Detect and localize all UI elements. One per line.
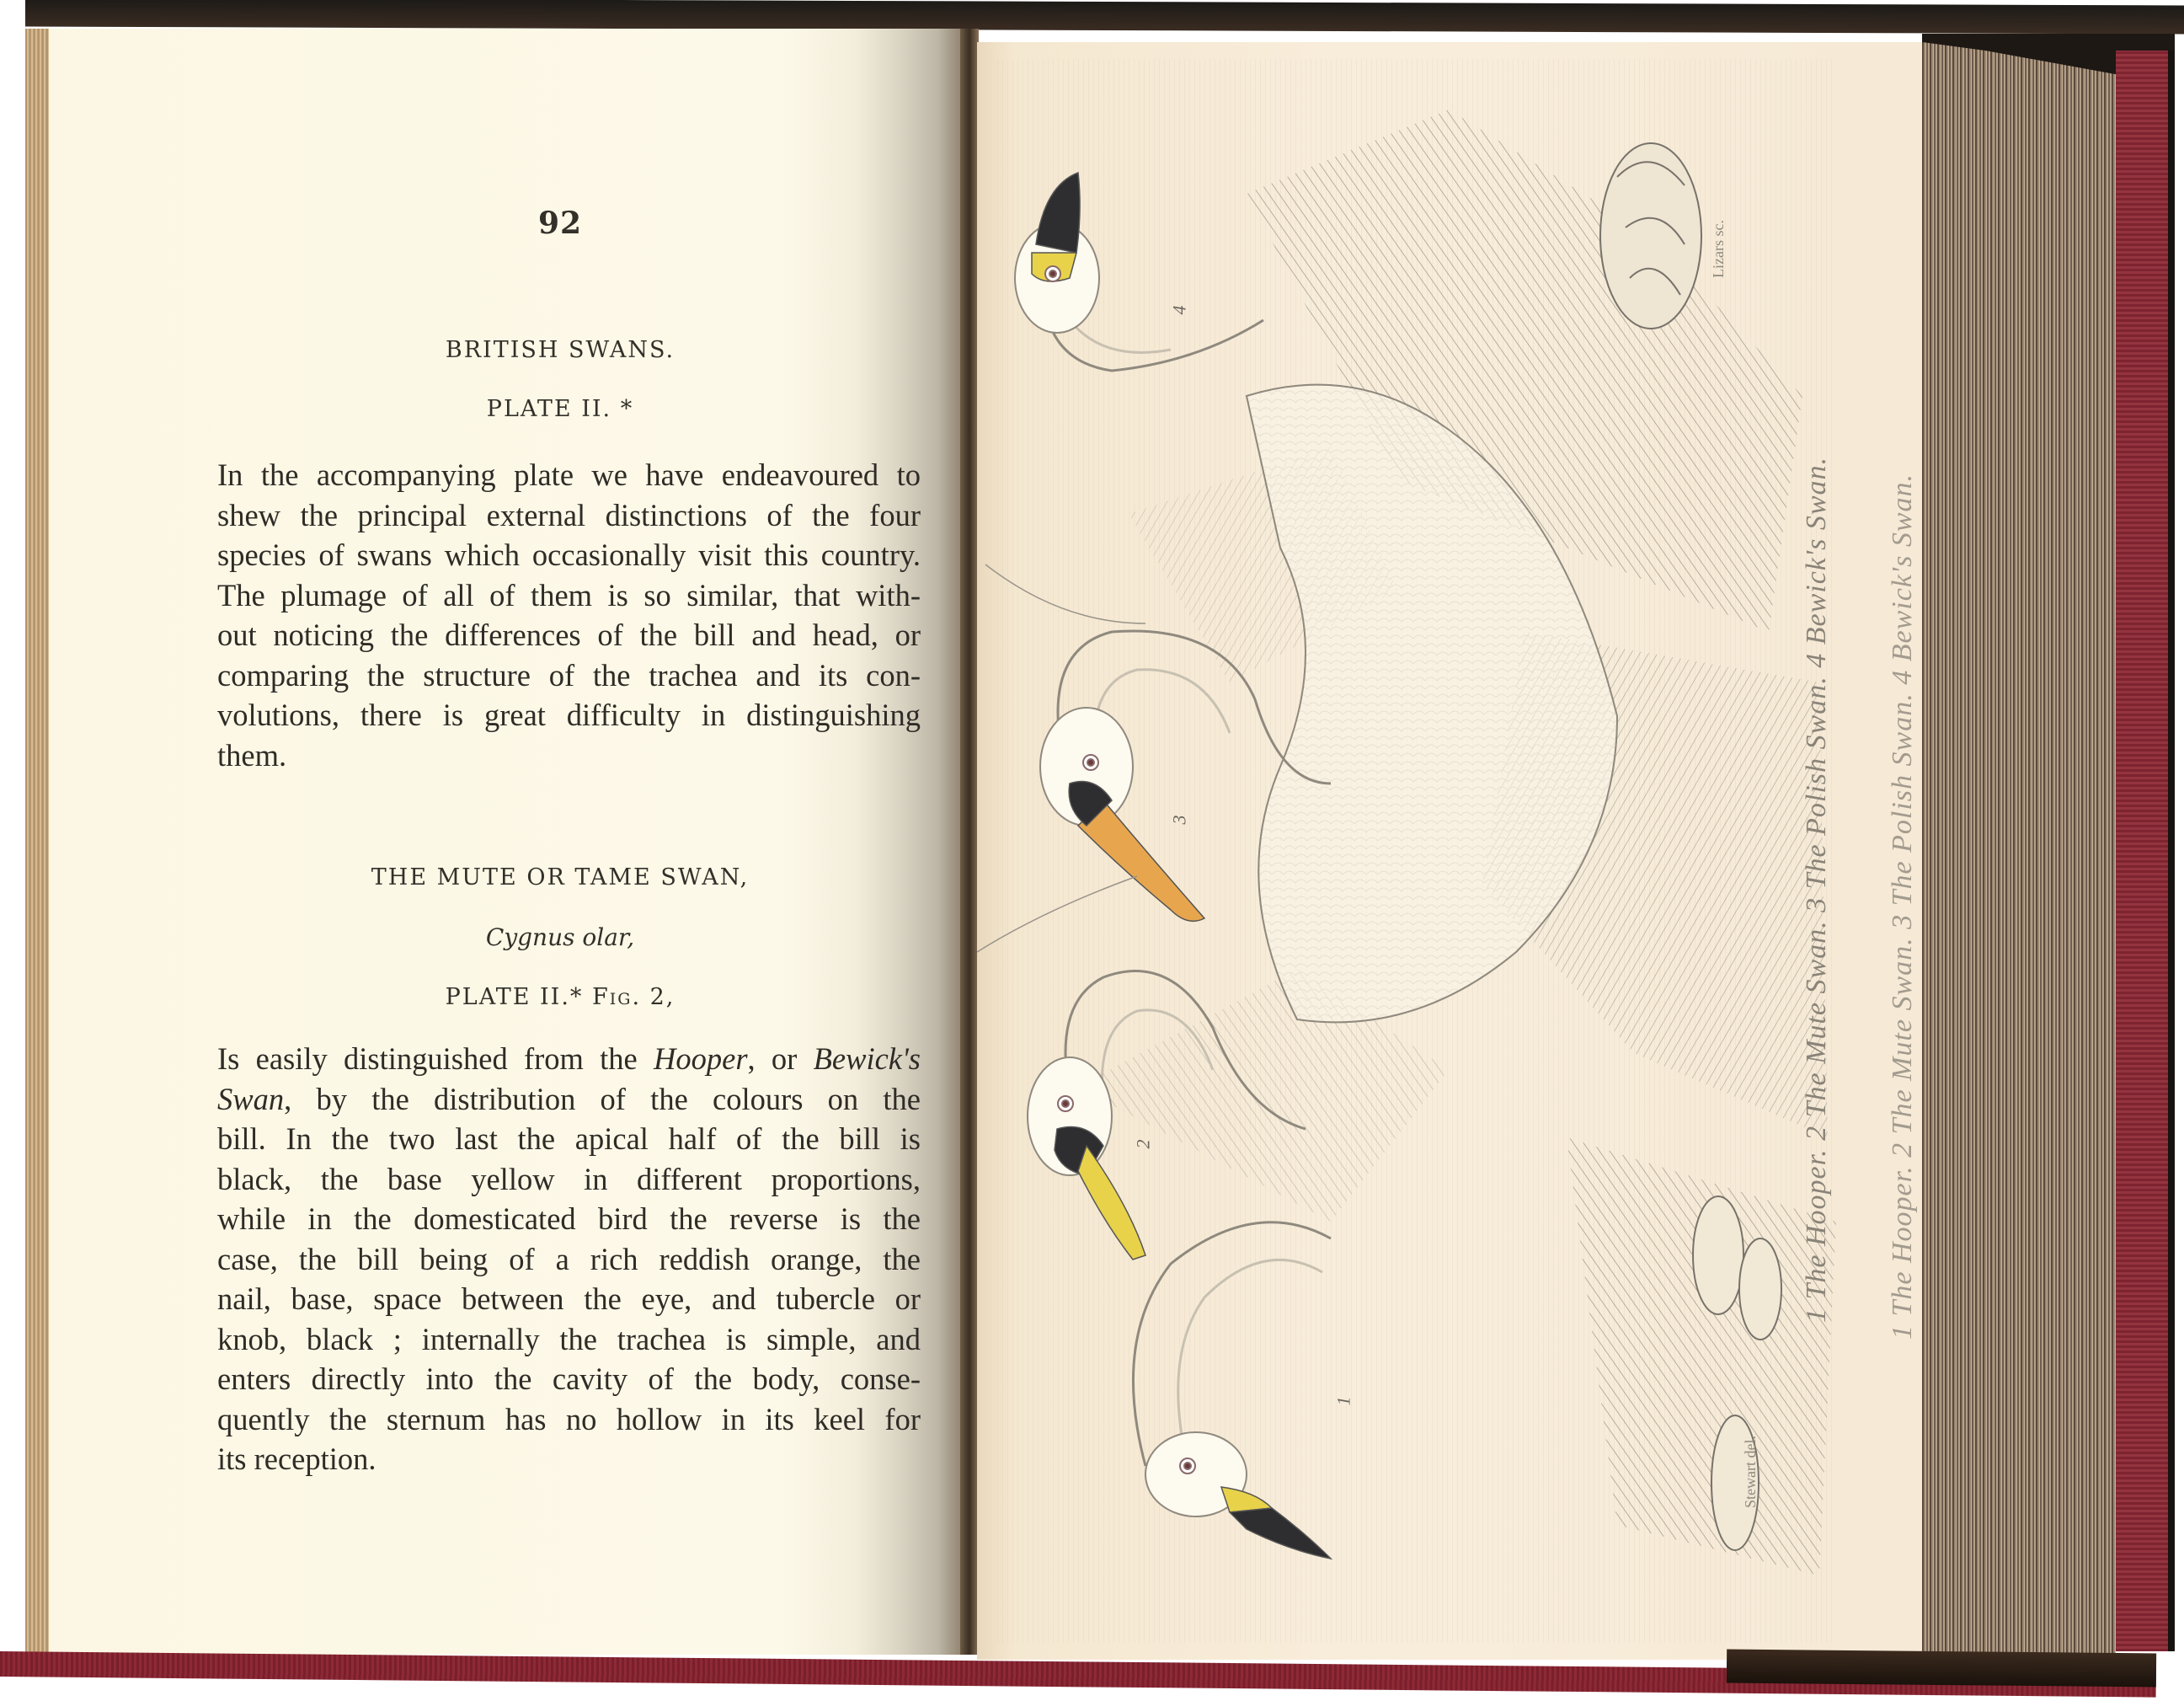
paragraph-line: black, the base yellow in different prop… [217,1159,921,1200]
paragraph-line: In the accompanying plate we have endeav… [217,455,921,495]
italic-name-swan: Swan [217,1082,284,1116]
paragraph-line: comparing the structure of the trachea a… [217,655,921,696]
text-run: , or [748,1041,814,1076]
section-title: BRITISH SWANS. [0,337,1120,363]
plate-caption-offset-print: 1 The Hooper. 2 The Mute Swan. 3 The Pol… [1887,473,1919,1340]
paragraph-line: Swan, by the distribution of the colours… [217,1079,921,1120]
paragraph-line: shew the principal external distinctions… [217,495,921,536]
paragraph-line: while in the domesticated bird the rever… [217,1199,921,1239]
paragraph-line: quently the sternum has no hollow in its… [217,1399,921,1440]
figure-label: Fig. [592,984,641,1010]
reed-flower-icon [1600,143,1701,329]
figure-number-1: 1 [1333,1397,1355,1406]
page-number: 92 [0,206,1120,241]
figure-number-3: 3 [1169,816,1191,825]
paragraph-line: them. [217,735,921,776]
plate-caption: 1 The Hooper. 2 The Mute Swan. 3 The Pol… [1801,457,1833,1323]
intro-paragraph: In the accompanying plate we have endeav… [217,455,921,775]
engraver-credit: Lizars sc. [1710,220,1727,278]
species-paragraph: Is easily distinguished from the Hooper,… [217,1039,921,1479]
paragraph-line: volutions, there is great difficulty in … [217,695,921,735]
artist-credit: Stewart del. [1742,1436,1759,1508]
italic-name-bewicks: Bewick's [814,1041,921,1076]
figure-number-4: 4 [1169,306,1191,315]
italic-name-hooper: Hooper [654,1041,748,1076]
paragraph-line: its reception. [217,1439,921,1479]
book-back-cover [2116,51,2175,1651]
right-page-edges [1922,42,2116,1660]
swan-plate-illustration [977,42,1922,1660]
paragraph-line: enters directly into the cavity of the b… [217,1359,921,1399]
book-gutter [960,29,979,1655]
plate-label: PLATE II.* [446,984,584,1010]
paragraph-line: Is easily distinguished from the Hooper,… [217,1039,921,1079]
plate-reference: PLATE II. * [0,396,1120,422]
paragraph-line: species of swans which occasionally visi… [217,535,921,575]
paragraph-line: nail, base, space between the eye, and t… [217,1279,921,1319]
paragraph-line: The plumage of all of them is so similar… [217,575,921,616]
species-latin-name: Cygnus olar, [0,923,1120,951]
figure-number-2: 2 [1133,1140,1155,1149]
species-plate-reference: PLATE II.* Fig. 2, [0,984,1120,1010]
left-page-edges [25,29,49,1655]
paragraph-line: bill. In the two last the apical half of… [217,1119,921,1159]
paragraph-line: knob, black ; internally the trachea is … [217,1319,921,1360]
text-run: , by the distribution of the colours on … [284,1082,921,1116]
text-run: Is easily distinguished from the [217,1041,654,1076]
figure-number: 2, [650,984,675,1010]
paragraph-line: case, the bill being of a rich reddish o… [217,1239,921,1280]
paragraph-line: out noticing the differences of the bill… [217,615,921,655]
species-heading: THE MUTE OR TAME SWAN, [0,864,1120,891]
